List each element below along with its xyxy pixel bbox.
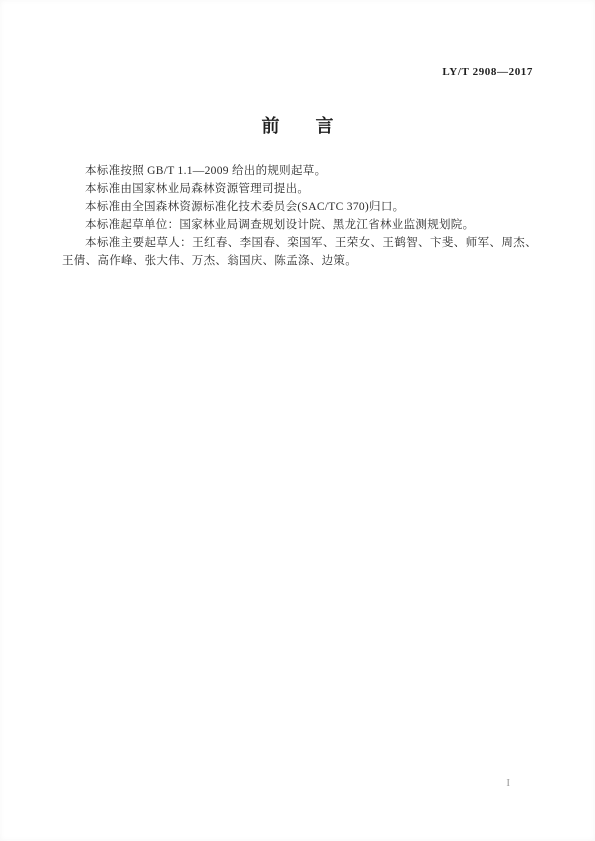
foreword-paragraph: 本标准按照 GB/T 1.1—2009 给出的规则起草。 (62, 162, 537, 180)
page-number: I (506, 777, 510, 789)
foreword-body: 本标准按照 GB/T 1.1—2009 给出的规则起草。 本标准由国家林业局森林… (62, 162, 537, 270)
foreword-paragraph: 本标准由国家林业局森林资源管理司提出。 (62, 180, 537, 198)
foreword-paragraph: 本标准起草单位：国家林业局调查规划设计院、黑龙江省林业监测规划院。 (62, 216, 537, 234)
page-title: 前 言 (0, 112, 595, 138)
foreword-paragraph: 本标准主要起草人：王红春、李国春、栾国军、王荣女、王鹤智、卞斐、师军、周杰、王倩… (62, 234, 537, 270)
foreword-paragraph: 本标准由全国森林资源标准化技术委员会(SAC/TC 370)归口。 (62, 198, 537, 216)
document-page: LY/T 2908—2017 前 言 本标准按照 GB/T 1.1—2009 给… (0, 0, 595, 841)
standard-code: LY/T 2908—2017 (442, 66, 533, 78)
